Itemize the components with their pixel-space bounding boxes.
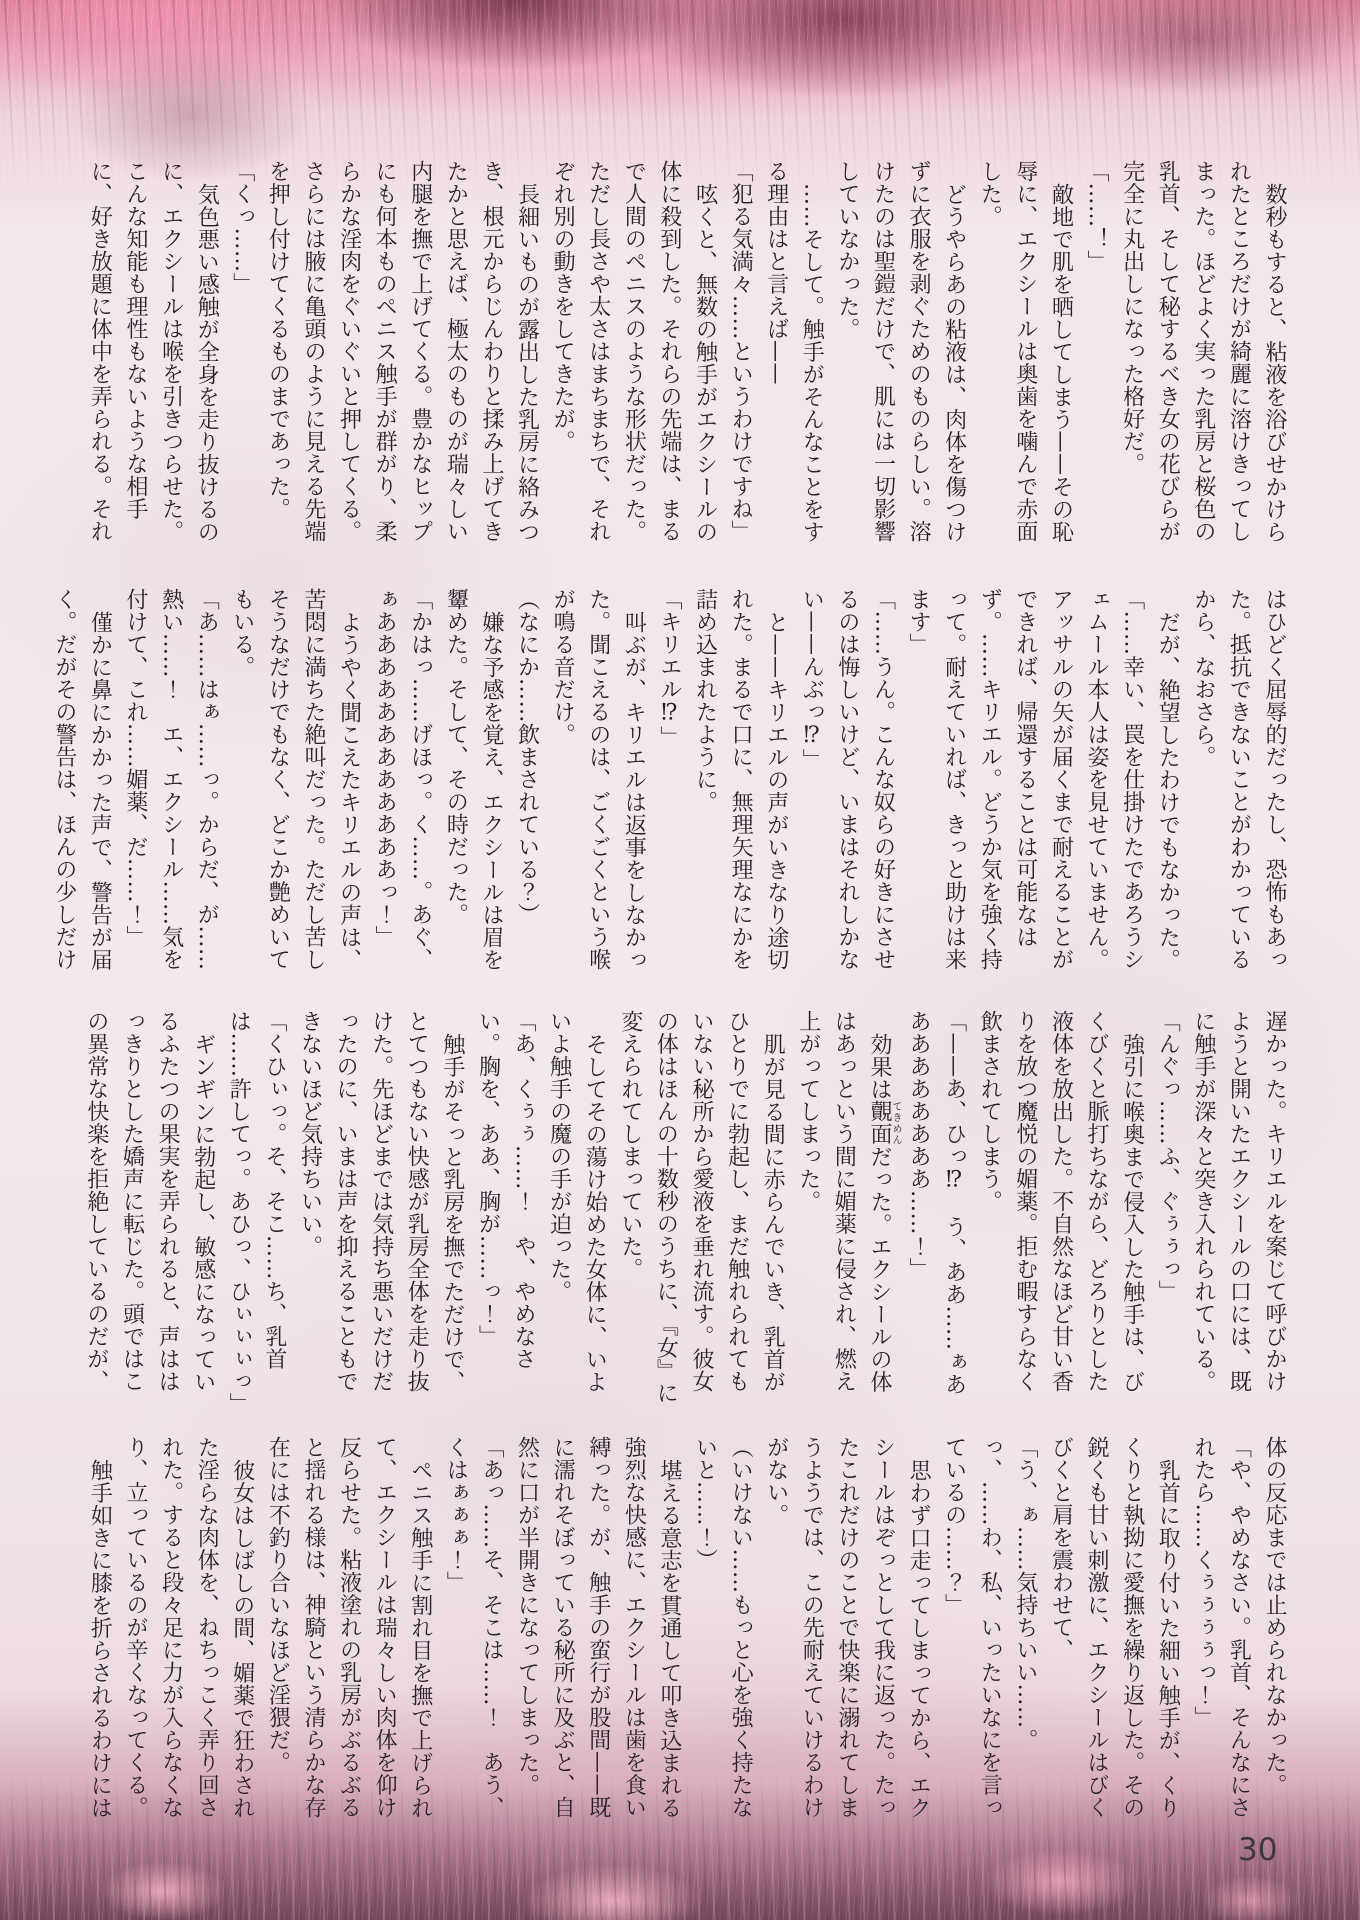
paragraph: 思わず口走ってしまってから、エクシールはぞっとして我に返った。たったこれだけのこ… bbox=[758, 1436, 936, 1832]
paragraph: 「くっ……」 bbox=[224, 160, 260, 556]
paragraph: 強引に喉奥まで侵入した触手は、びくびくと脈打ちながら、どろりとした液体を放出した… bbox=[972, 1010, 1150, 1406]
paragraph: ……そして。触手がそんなことをする理由はと言えば—— bbox=[758, 160, 829, 556]
paragraph: 「あ、くぅぅ……！ や、やめなさい。胸を、ああ、胸が……っ！」 bbox=[470, 1010, 541, 1406]
paragraph: （いけない……もっと心を強く持たないと……！） bbox=[687, 1436, 758, 1832]
paragraph: 嫌な予感を覚え、エクシールは眉を顰めた。そして、その時だった。 bbox=[438, 588, 509, 984]
paragraph: 体の反応までは止められなかった。 bbox=[1256, 1436, 1292, 1832]
paragraph: 乳首に取り付いた細い触手が、くりくりと執拗に愛撫を繰り返した。その鋭くも甘い刺激… bbox=[1043, 1436, 1185, 1832]
paragraph: 「う、ぁ……気持ちいい……。っ、……わ、私、いったいなにを言っているの……？」 bbox=[936, 1436, 1043, 1832]
paragraph: 僅かに鼻にかかった声で、警告が届く。だがその警告は、ほんの少しだけ bbox=[46, 588, 117, 984]
paragraph: だが、絶望したわけでもなかった。 bbox=[1150, 588, 1186, 984]
paragraph: ようやく聞こえたキリエルの声は、苦悶に満ちた絶叫だった。ただし苦しそうなだけでも… bbox=[224, 588, 366, 984]
text-band-1: 数秒もすると、粘液を浴びせかけられたところだけが綺麗に溶けきってしまった。ほどよ… bbox=[80, 160, 1292, 556]
paragraph: どうやらあの粘液は、肉体を傷つけずに衣服を剥ぐためのものらしい。溶けたのは聖鎧だ… bbox=[829, 160, 971, 556]
paragraph: 効果は覿面てきめんだった。エクシールの体はあっという間に媚薬に侵され、燃え上がっ… bbox=[790, 1010, 900, 1406]
paragraph: 「犯る気満々……というわけですね」 bbox=[723, 160, 759, 556]
paragraph: 触手がそっと乳房を撫でただけで、とてつもない快感が乳房全体を走り抜けた。先ほどま… bbox=[292, 1010, 470, 1406]
paragraph: 気色悪い感触が全身を走り抜けるのに、エクシールは喉を引きつらせた。こんな知能も理… bbox=[82, 160, 224, 556]
paragraph: 肌が見る間に赤らんでいき、乳首がひとりでに勃起し、まだ触れられてもいない秘所から… bbox=[612, 1010, 790, 1406]
paragraph: 「——あ、ひっ⁉ う、ああ……ぁあああああああああ……！」 bbox=[900, 1010, 971, 1406]
paragraph: と——キリエルの声がいきなり途切れた。まるで口に、無理矢理なにかを詰め込まれたよ… bbox=[687, 588, 794, 984]
paragraph: 「……うん。こんな奴らの好きにさせるのは悔しいけど、いまはそれしかない——んぶっ… bbox=[794, 588, 901, 984]
paragraph: 長細いものが露出した乳房に絡みつき、根元からじんわりと揉み上げてきたかと思えば、… bbox=[260, 160, 545, 556]
paragraph: 「かはっ……げほっ。く……。あぐ、ぁああああああああああああっ！」 bbox=[367, 588, 438, 984]
text-band-4: 体の反応までは止められなかった。「や、やめなさい。乳首、そんなにされたら……くぅ… bbox=[80, 1436, 1292, 1832]
paragraph: 彼女はしばしの間、媚薬で狂わされた淫らな肉体を、ねちっこく弄り回された。すると段… bbox=[117, 1436, 259, 1832]
page-number: 30 bbox=[1238, 1832, 1277, 1868]
paragraph: ペニス触手に割れ目を撫で上げられて、エクシールは瑞々しい肉体を仰け反らせた。粘液… bbox=[260, 1436, 438, 1832]
paragraph: 「や、やめなさい。乳首、そんなにされたら……くぅぅぅぅっ！」 bbox=[1185, 1436, 1256, 1832]
paragraph: 「あっ……そ、そこは……！ あう、くはぁぁぁ！」 bbox=[438, 1436, 509, 1832]
paragraph: 「キリエル⁉」 bbox=[651, 588, 687, 984]
paragraph: そしてその蕩け始めた女体に、いよいよ触手の魔の手が迫った。 bbox=[541, 1010, 612, 1406]
text-band-3: 遅かった。キリエルを案じて呼びかけようと開いたエクシールの口には、既に触手が深々… bbox=[80, 1010, 1292, 1406]
paragraph: 叫ぶが、キリエルは返事をしなかった。聞こえるのは、ごくごくという喉が鳴る音だけ。 bbox=[545, 588, 652, 984]
paragraph: 「……！」 bbox=[1078, 160, 1114, 556]
paragraph: ギンギンに勃起し、敏感になっているふたつの果実を弄られると、声ははっきりとした嬌… bbox=[78, 1010, 220, 1406]
paragraph: 「……幸い、罠を仕掛けたであろうシェムール本人は姿を見せていません。アッサルの矢… bbox=[900, 588, 1149, 984]
paragraph: （なにか……飲まされている？） bbox=[509, 588, 545, 984]
paragraph: 呟くと、無数の触手がエクシールの体に殺到した。それらの先端は、まるで人間のペニス… bbox=[545, 160, 723, 556]
paragraph: 数秒もすると、粘液を浴びせかけられたところだけが綺麗に溶けきってしまった。ほどよ… bbox=[1114, 160, 1292, 556]
paragraph: 遅かった。キリエルを案じて呼びかけようと開いたエクシールの口には、既に触手が深々… bbox=[1185, 1010, 1292, 1406]
paragraph: 「んぐっ……ふ、ぐぅぅっ」 bbox=[1150, 1010, 1186, 1406]
paragraph: 「あ……はぁ……っ。からだ、が……熱い……！ エ、エクシール……気を付けて、これ… bbox=[117, 588, 224, 984]
paragraph: 「くひぃっ。そ、そこ……ち、乳首は……許してっ。あひっ、ひぃぃぃっ」 bbox=[221, 1010, 292, 1406]
paragraph: 敵地で肌を晒してしまう——その恥辱に、エクシールは奥歯を噛んで赤面した。 bbox=[972, 160, 1079, 556]
paragraph: 触手如きに膝を折らされるわけには bbox=[82, 1436, 118, 1832]
paragraph: はひどく屈辱的だったし、恐怖もあった。抵抗できないことがわかっているから、なおさ… bbox=[1185, 588, 1292, 984]
paragraph: 堪える意志を貫通して叩き込まれる強烈な快感に、エクシールは歯を食い縛った。が、触… bbox=[509, 1436, 687, 1832]
text-band-2: はひどく屈辱的だったし、恐怖もあった。抵抗できないことがわかっているから、なおさ… bbox=[80, 588, 1292, 984]
